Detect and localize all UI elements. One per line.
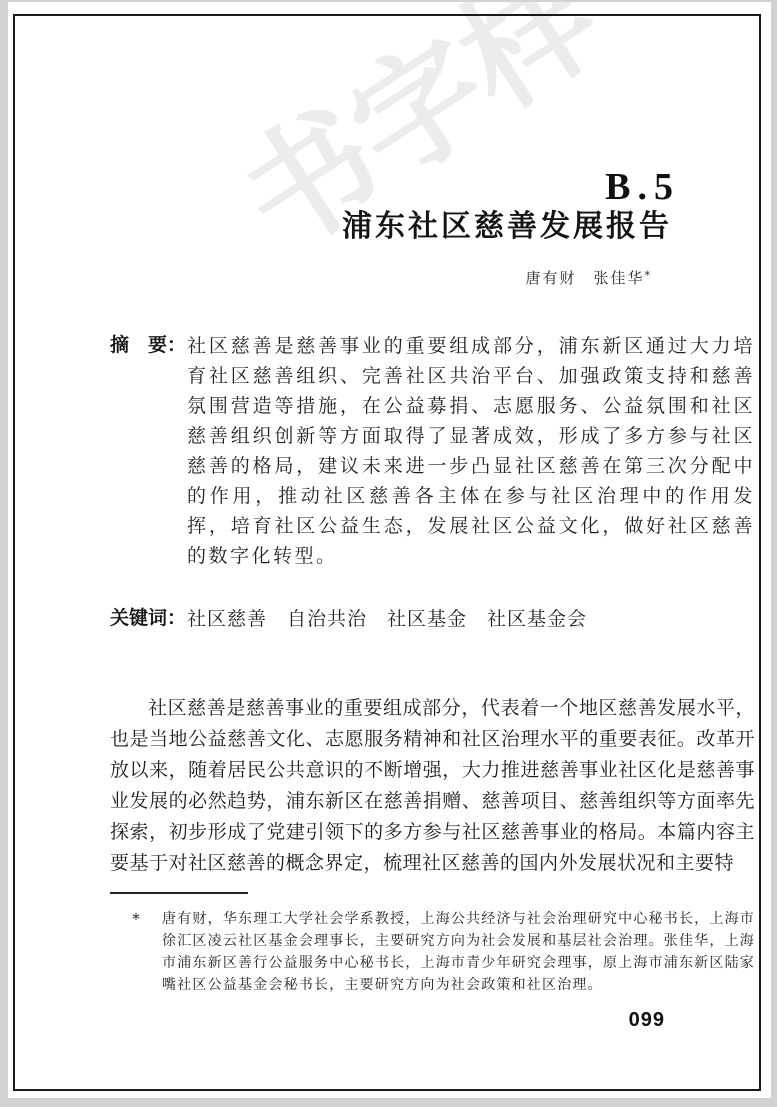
author-names: 唐有财 张佳华 xyxy=(525,269,644,287)
abstract-text: 社区慈善是慈善事业的重要组成部分，浦东新区通过大力培育社区慈善组织、完善社区共治… xyxy=(187,331,755,571)
body-paragraph: 社区慈善是慈善事业的重要组成部分，代表着一个地区慈善发展水平，也是当地公益慈善文… xyxy=(110,693,755,879)
page-edge-top xyxy=(0,0,777,2)
page-edge-bottom xyxy=(0,1098,777,1107)
keywords-list: 社区慈善 自治共治 社区基金 社区基金会 xyxy=(187,604,755,634)
chapter-number: B.5 xyxy=(110,168,680,206)
report-title: 浦东社区慈善发展报告 xyxy=(110,211,672,243)
page-edge-left xyxy=(0,0,8,1107)
author-note-mark: * xyxy=(645,269,651,282)
footnote-text: 唐有财，华东理工大学社会学系教授，上海公共经济与社会治理研究中心秘书长，上海市徐… xyxy=(162,908,755,996)
page-number: 099 xyxy=(110,1008,665,1032)
footnote-separator-rule xyxy=(110,892,248,894)
authors-line: 唐有财 张佳华* xyxy=(110,267,650,287)
report-page: { "watermark": { "text": "书字样" }, "heade… xyxy=(0,0,777,1107)
footnote: * 唐有财，华东理工大学社会学系教授，上海公共经济与社会治理研究中心秘书长，上海… xyxy=(110,908,755,996)
footnote-marker: * xyxy=(110,908,162,996)
page-edge-right xyxy=(771,0,777,1107)
